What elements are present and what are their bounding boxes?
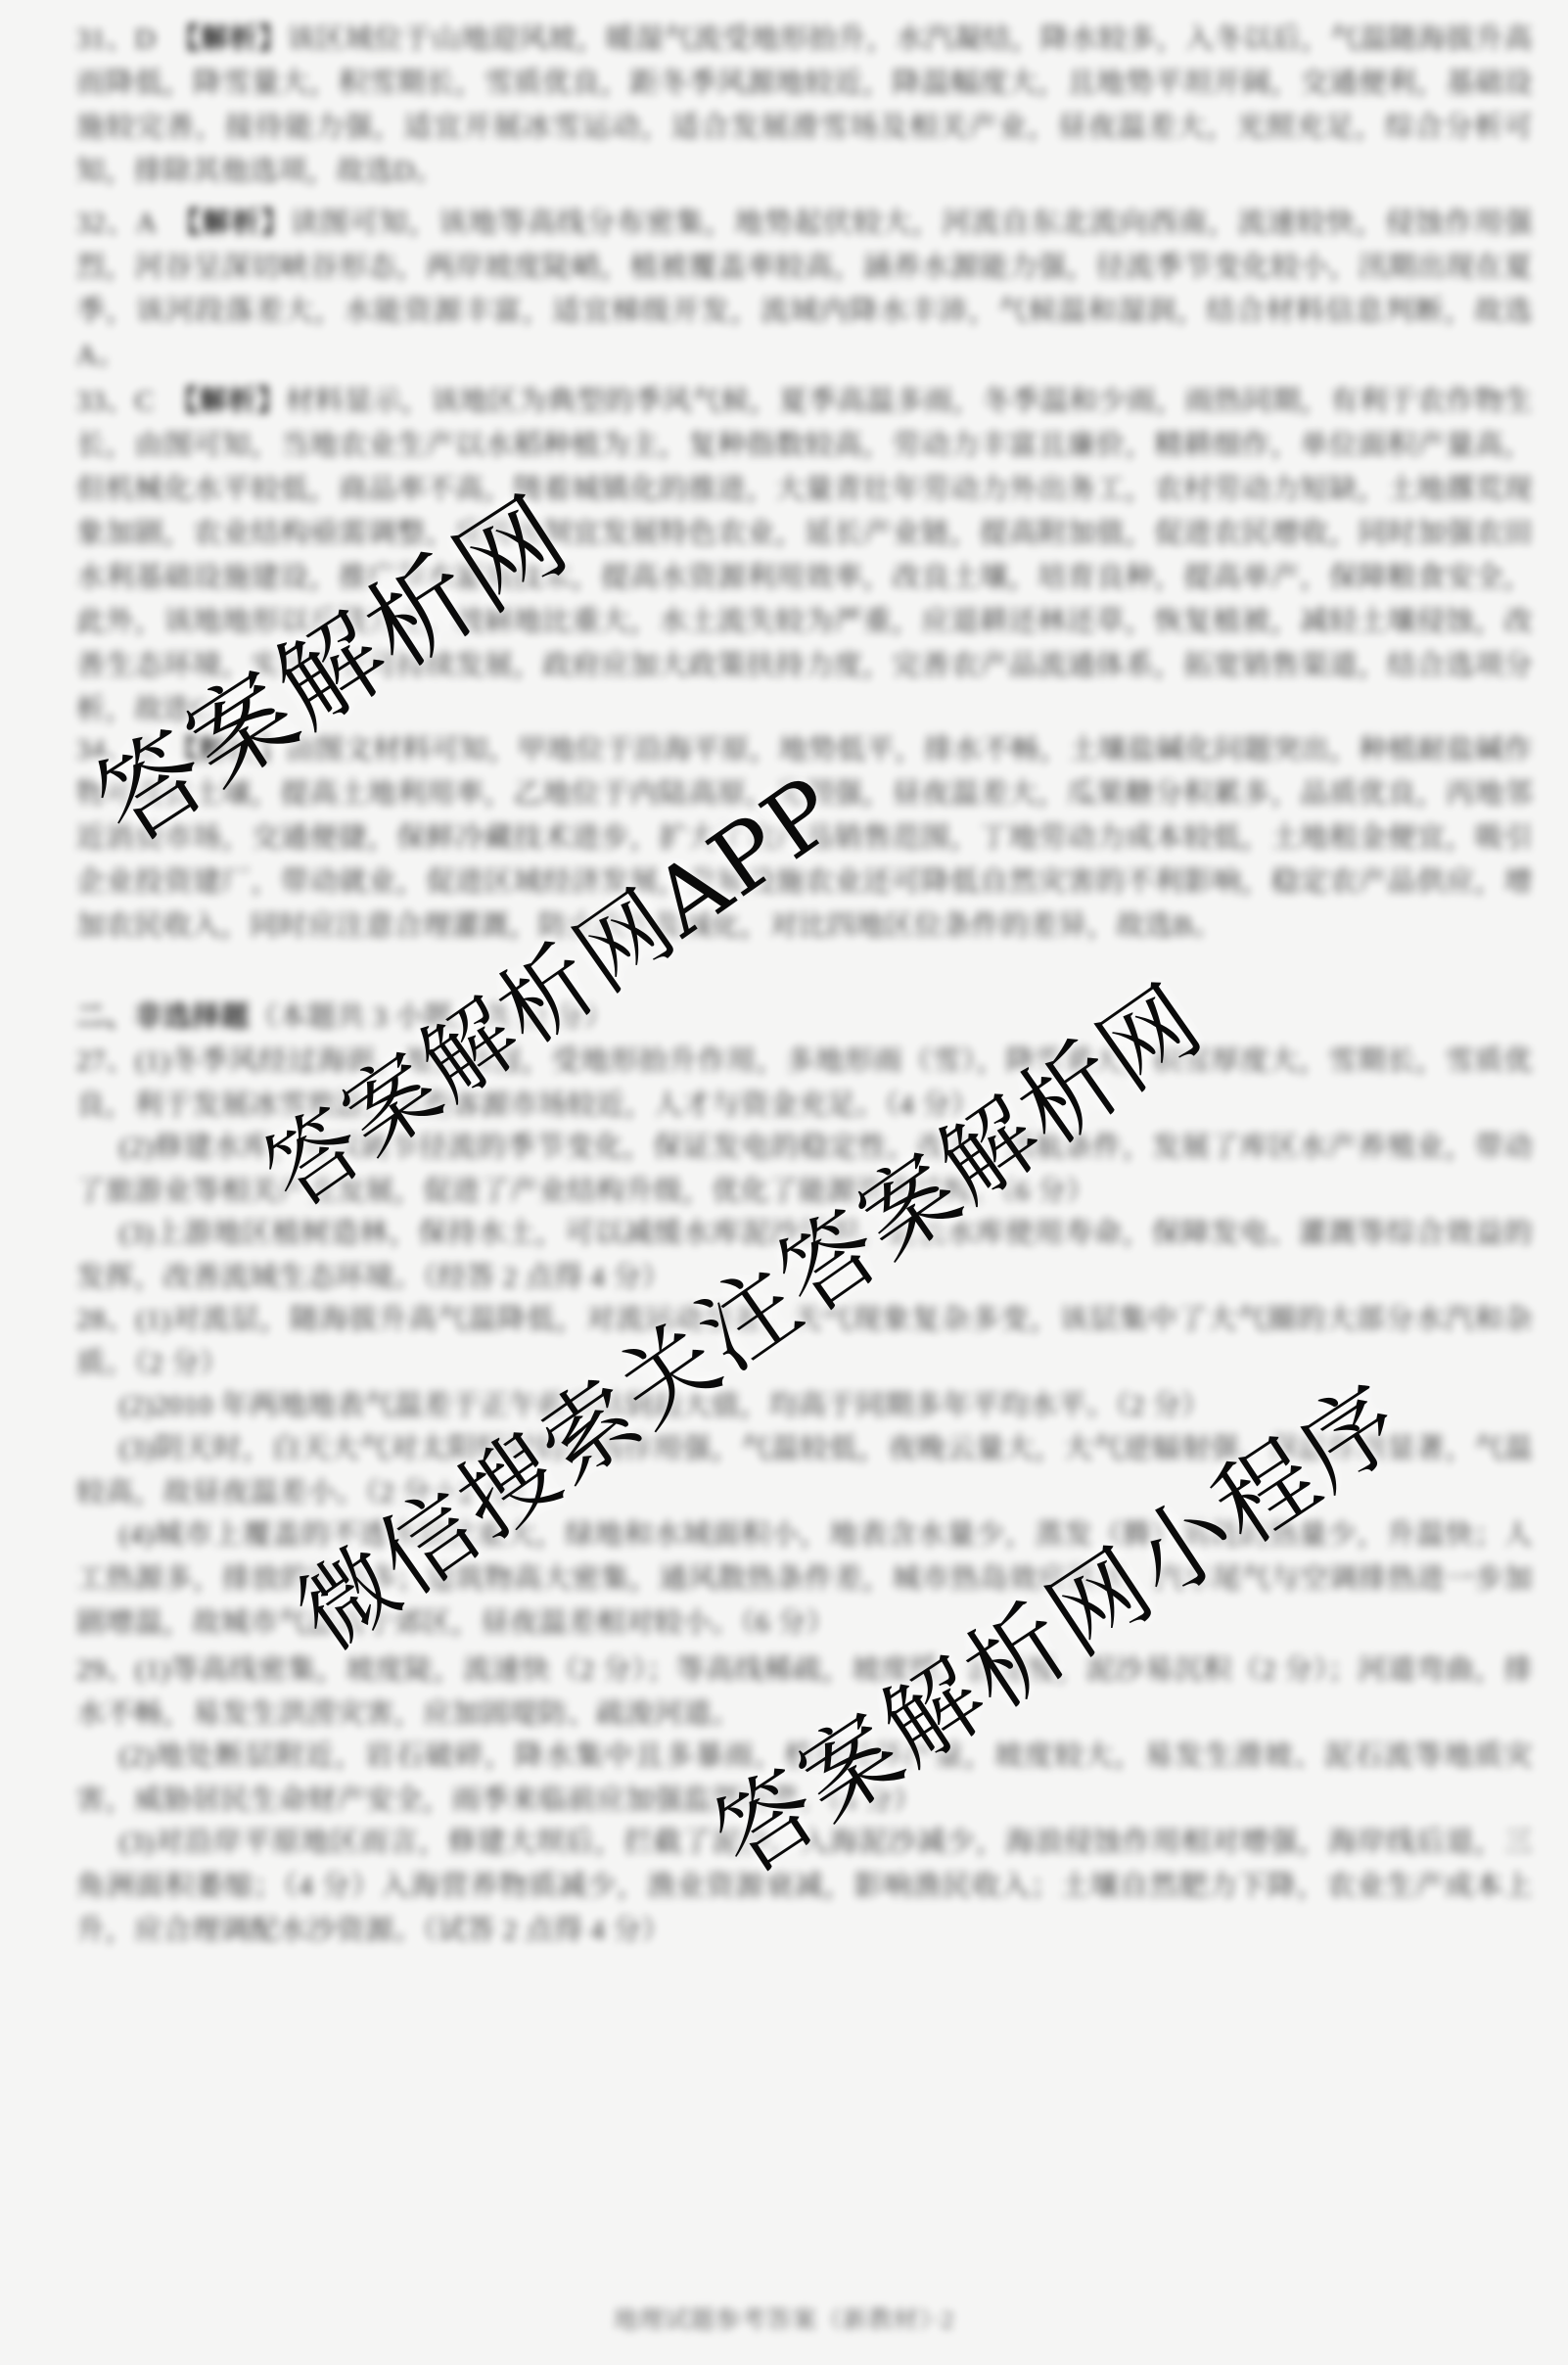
text-fragment: 冬季风经过海面，增温增湿，受地形抬升作用，多地形雨（雪），降雪量大，积雪厚度大，… <box>76 1045 1533 1121</box>
text-fragment: 城市上覆盖的不透水层比重大，绿地和水域面积小，地表含水量少，蒸发（腾）消耗的热量… <box>76 1519 1533 1639</box>
page-footer-blurred: 地理试题参考答案（新教材）·2 <box>0 2300 1568 2336</box>
text-fragment: 32、A <box>76 208 156 239</box>
text-fragment <box>156 208 172 239</box>
text-fragment: 由图文材料可知，甲地位于沿海平原，地势低平，排水不畅，土壤盐碱化问题突出，种植耐… <box>76 734 1533 942</box>
bold-text-fragment: 【解析】 <box>171 23 287 55</box>
q29-part1: 29、(1)等高线密集，坡度陡，流速快（2 分）；等高线稀疏，坡度缓，流速慢，泥… <box>76 1648 1533 1737</box>
bold-text-fragment: 【解析】 <box>169 386 286 417</box>
text-fragment: 33、C <box>76 386 155 417</box>
q27-part2: (2)修建水库，可以调节径流的季节变化，保证发电的稳定性，改善了通航条件，发展了… <box>76 1126 1533 1214</box>
item-31: 31、D 【解析】该区域位于山地迎风坡，暖湿气流受地形抬升，水汽凝结，降水较多，… <box>76 18 1533 194</box>
bold-text-fragment: 【解析】 <box>172 208 291 239</box>
text-fragment: 28、(1) <box>76 1304 170 1335</box>
section-header: 二、非选择题（本题共 3 小题，共 52 分） <box>76 996 1533 1040</box>
text-fragment <box>155 734 170 765</box>
q28-part3: (3)阴天时，白天大气对太阳辐射的削弱作用强，气温较低，夜晚云量大，大气逆辐射强… <box>76 1427 1533 1515</box>
q28-part2: (2)2010 年两地地表气温差于正午前后达到最大值，均高于同期多年平均水平。（… <box>76 1384 1533 1428</box>
text-fragment: 等高线密集，坡度陡，流速快（2 分）；等高线稀疏，坡度缓，流速慢，泥沙易沉积（2… <box>76 1654 1533 1730</box>
text-fragment: (3) <box>119 1218 154 1249</box>
q28-part1: 28、(1)对流层，随海拔升高气温降低，对流运动显著，天气现象复杂多变，该层集中… <box>76 1298 1533 1386</box>
text-fragment: 地处断层附近，岩石破碎，降水集中且多暴雨，植被破坏严重，坡度较大，易发生滑坡、泥… <box>76 1740 1533 1816</box>
q27-part1: 27、(1)冬季风经过海面，增温增湿，受地形抬升作用，多地形雨（雪），降雪量大，… <box>76 1040 1533 1128</box>
text-fragment <box>156 23 171 55</box>
q28-part4: (4)城市上覆盖的不透水层比重大，绿地和水域面积小，地表含水量少，蒸发（腾）消耗… <box>76 1513 1533 1646</box>
text-fragment: 2010 年两地地表气温差于正午前后达到最大值，均高于同期多年平均水平。（2 分… <box>154 1390 1210 1421</box>
q29-part2: (2)地处断层附近，岩石破碎，降水集中且多暴雨，植被破坏严重，坡度较大，易发生滑… <box>76 1735 1533 1823</box>
text-fragment: 31、D <box>76 23 156 55</box>
item-34: 34、B 【解析】由图文材料可知，甲地位于沿海平原，地势低平，排水不畅，土壤盐碱… <box>76 728 1533 949</box>
bold-text-fragment: 【解析】 <box>169 734 286 765</box>
text-fragment: (2) <box>119 1390 154 1421</box>
item-33: 33、C 【解析】材料显示，该地区为典型的季风气候，夏季高温多雨，冬季温和少雨，… <box>76 380 1533 732</box>
text-fragment: 34、B <box>76 734 155 765</box>
scanned-answer-page: 地理试题参考答案（新教材）·2 31、D 【解析】该区域位于山地迎风坡，暖湿气流… <box>0 0 1568 2365</box>
text-fragment: (3) <box>119 1433 154 1464</box>
text-fragment: （本题共 3 小题，共 52 分） <box>250 1001 613 1033</box>
text-fragment <box>155 386 170 417</box>
text-fragment: 29、(1) <box>76 1654 170 1686</box>
text-fragment: (4) <box>119 1519 154 1551</box>
text-fragment: (2) <box>119 1740 154 1772</box>
text-fragment: 对流层，随海拔升高气温降低，对流运动显著，天气现象复杂多变，该层集中了大气圈的大… <box>76 1304 1533 1379</box>
item-32: 32、A 【解析】读图可知，该地等高线分布密集，地势起伏较大，河流自东北流向西南… <box>76 202 1533 378</box>
q29-part3: (3)对沿岸平原地区而言，修建大坝后，拦截了泥沙，入海泥沙减少，海浪侵蚀作用相对… <box>76 1821 1533 1953</box>
bold-text-fragment: 二、非选择题 <box>76 1001 250 1033</box>
text-fragment: 27、(1) <box>76 1045 170 1077</box>
blurred-answer-text-layer: 地理试题参考答案（新教材）·2 31、D 【解析】该区域位于山地迎风坡，暖湿气流… <box>0 0 1568 2365</box>
text-fragment: 阴天时，白天大气对太阳辐射的削弱作用强，气温较低，夜晚云量大，大气逆辐射强，保温… <box>76 1433 1533 1508</box>
text-fragment: (3) <box>119 1827 154 1858</box>
text-fragment: 上游地区植树造林，保持水土，可以减缓水库泥沙淤积，延长水库使用寿命，保障发电、灌… <box>76 1218 1533 1293</box>
text-fragment: 材料显示，该地区为典型的季风气候，夏季高温多雨，冬季温和少雨，雨热同期，有利于农… <box>76 386 1533 725</box>
text-fragment: 读图可知，该地等高线分布密集，地势起伏较大，河流自东北流向西南，流速较快，侵蚀作… <box>76 208 1533 371</box>
text-fragment: 该区域位于山地迎风坡，暖湿气流受地形抬升，水汽凝结，降水较多，入冬以后，气温随海… <box>76 23 1533 187</box>
text-fragment: 修建水库，可以调节径流的季节变化，保证发电的稳定性，改善了通航条件，发展了库区水… <box>76 1132 1533 1207</box>
q27-part3: (3)上游地区植树造林，保持水土，可以减缓水库泥沙淤积，延长水库使用寿命，保障发… <box>76 1212 1533 1300</box>
text-fragment: 对沿岸平原地区而言，修建大坝后，拦截了泥沙，入海泥沙减少，海浪侵蚀作用相对增强，… <box>76 1827 1533 1946</box>
text-fragment: (2) <box>119 1132 154 1163</box>
